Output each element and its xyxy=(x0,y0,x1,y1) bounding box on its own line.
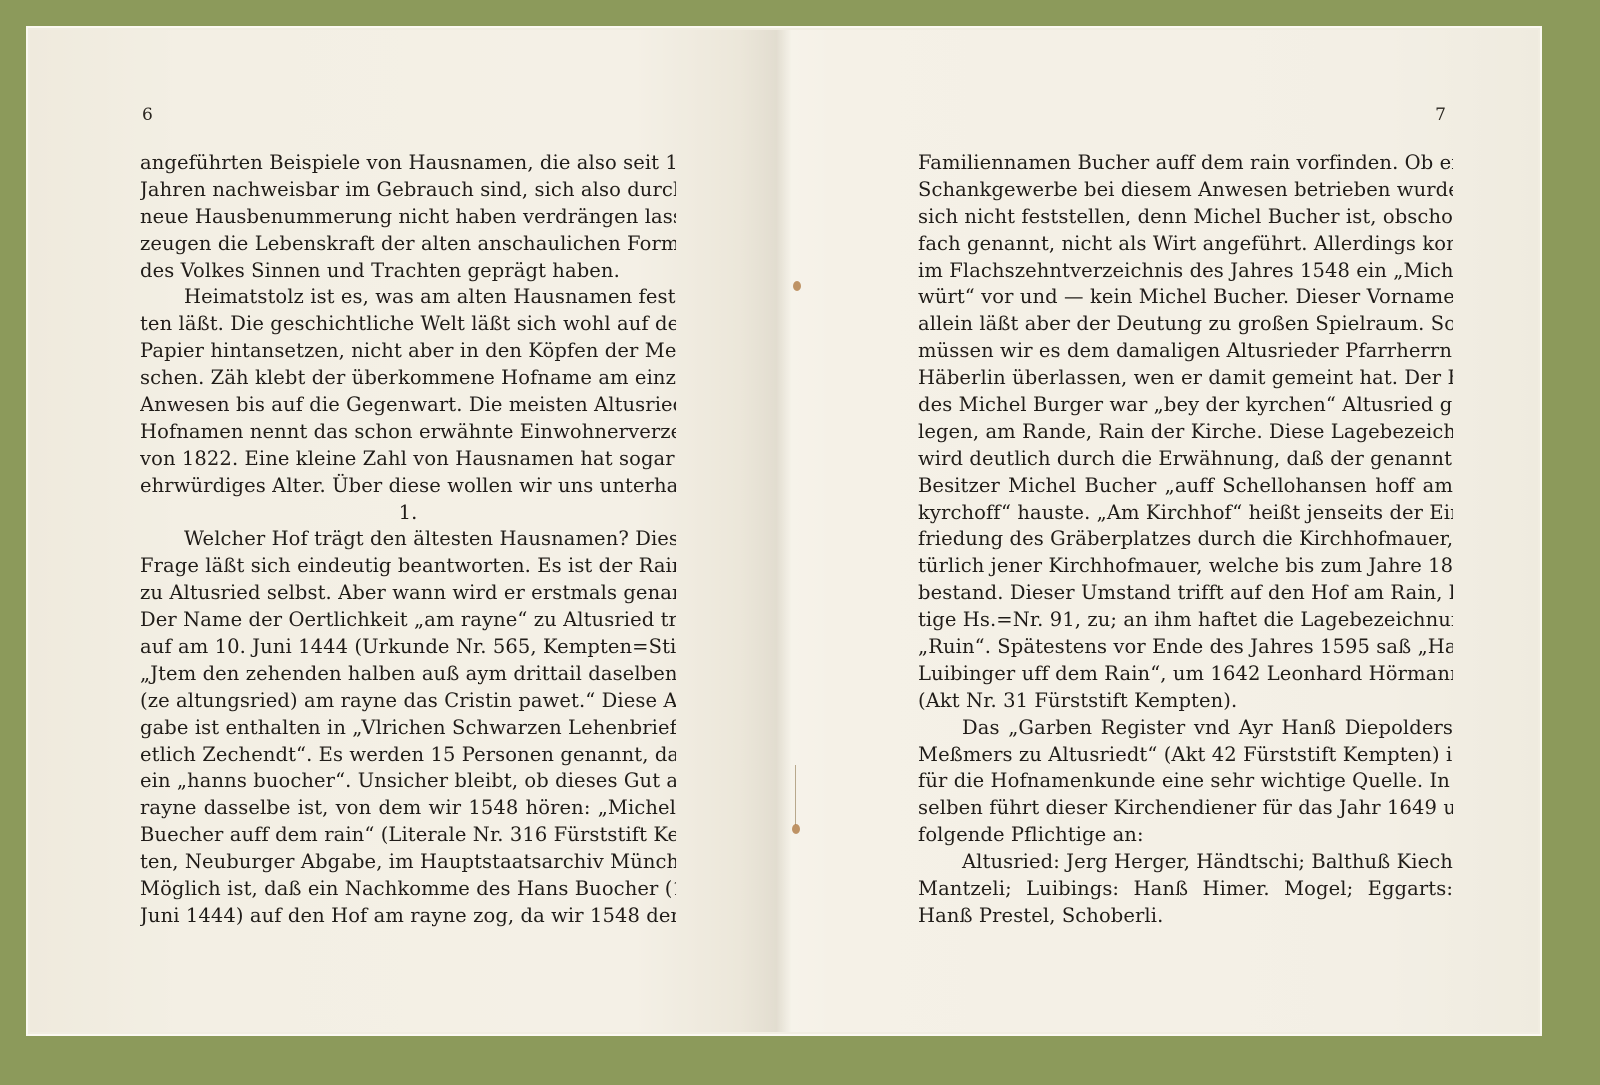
text-line: Das „Garben Register vnd Ayr Hanß Diepol… xyxy=(918,715,1453,742)
text-line: „Ruin“. Spätestens vor Ende des Jahres 1… xyxy=(918,634,1453,661)
text-line: Buecher auff dem rain“ (Literale Nr. 316… xyxy=(140,822,676,849)
text-line: türlich jener Kirchhofmauer, welche bis … xyxy=(918,553,1453,580)
text-line: bestand. Dieser Umstand trifft auf den H… xyxy=(918,580,1453,607)
text-line: des Volkes Sinnen und Trachten geprägt h… xyxy=(140,258,676,285)
text-line: tige Hs.=Nr. 91, zu; an ihm haftet die L… xyxy=(918,607,1453,634)
text-line: auf am 10. Juni 1444 (Urkunde Nr. 565, K… xyxy=(140,634,676,661)
right-page: 7 Familiennamen Bucher auff dem rain vor… xyxy=(790,30,1542,1032)
text-line: ten, Neuburger Abgabe, im Hauptstaatsarc… xyxy=(140,849,676,876)
text-line: für die Hofnamenkunde eine sehr wichtige… xyxy=(918,768,1453,795)
text-line: Meßmers zu Altusriedt“ (Akt 42 Fürststif… xyxy=(918,742,1453,769)
text-line: fach genannt, nicht als Wirt angeführt. … xyxy=(918,231,1453,258)
text-line: friedung des Gräberplatzes durch die Kir… xyxy=(918,526,1453,553)
text-line: kyrchoff“ hauste. „Am Kirchhof“ heißt je… xyxy=(918,500,1453,527)
left-page-body: angeführten Beispiele von Hausnamen, die… xyxy=(140,150,676,930)
text-line: zeugen die Lebenskraft der alten anschau… xyxy=(140,231,676,258)
text-line: wird deutlich durch die Erwähnung, daß d… xyxy=(918,446,1453,473)
text-line: von 1822. Eine kleine Zahl von Hausnamen… xyxy=(140,446,676,473)
text-line: Hanß Prestel, Schoberli. xyxy=(918,903,1453,930)
text-line: im Flachszehntverzeichnis des Jahres 154… xyxy=(918,258,1453,285)
text-line: Familiennamen Bucher auff dem rain vorfi… xyxy=(918,150,1453,177)
text-line: Mantzeli; Luibings: Hanß Himer. Mogel; E… xyxy=(918,876,1453,903)
text-line: „Jtem den zehenden halben auß aym dritta… xyxy=(140,661,676,688)
text-line: Der Name der Oertlichkeit „am rayne“ zu … xyxy=(140,607,676,634)
text-line: Frage läßt sich eindeutig beantworten. E… xyxy=(140,553,676,580)
text-line: ten läßt. Die geschichtliche Welt läßt s… xyxy=(140,311,676,338)
text-line: Juni 1444) auf den Hof am rayne zog, da … xyxy=(140,903,676,930)
text-line: Besitzer Michel Bucher „auff Schellohans… xyxy=(918,473,1453,500)
text-line: Welcher Hof trägt den ältesten Hausnamen… xyxy=(140,526,676,553)
text-line: Heimatstolz ist es, was am alten Hausnam… xyxy=(140,284,676,311)
text-line: angeführten Beispiele von Hausnamen, die… xyxy=(140,150,676,177)
text-line: ein „hanns buocher“. Unsicher bleibt, ob… xyxy=(140,768,676,795)
text-line: Jahren nachweisbar im Gebrauch sind, sic… xyxy=(140,177,676,204)
text-line: sich nicht feststellen, denn Michel Buch… xyxy=(918,204,1453,231)
photo-frame: 6 angeführten Beispiele von Hausnamen, d… xyxy=(26,26,1542,1036)
text-line: Papier hintansetzen, nicht aber in den K… xyxy=(140,338,676,365)
text-line: Häberlin überlassen, wen er damit gemein… xyxy=(918,365,1453,392)
right-page-body: Familiennamen Bucher auff dem rain vorfi… xyxy=(918,150,1453,930)
text-line: schen. Zäh klebt der überkommene Hofname… xyxy=(140,365,676,392)
page-number-left: 6 xyxy=(142,105,153,125)
text-line: legen, am Rande, Rain der Kirche. Diese … xyxy=(918,419,1453,446)
text-line: zu Altusried selbst. Aber wann wird er e… xyxy=(140,580,676,607)
text-line: (ze altungsried) am rayne das Cristin pa… xyxy=(140,688,676,715)
text-line: Anwesen bis auf die Gegenwart. Die meist… xyxy=(140,392,676,419)
text-line: (Akt Nr. 31 Fürststift Kempten). xyxy=(918,688,1453,715)
text-line: etlich Zechendt“. Es werden 15 Personen … xyxy=(140,742,676,769)
text-line: gabe ist enthalten in „Vlrichen Schwarze… xyxy=(140,715,676,742)
text-line: allein läßt aber der Deutung zu großen S… xyxy=(918,311,1453,338)
page-number-right: 7 xyxy=(1435,105,1446,125)
left-page: 6 angeführten Beispiele von Hausnamen, d… xyxy=(30,30,790,1032)
text-line: Möglich ist, daß ein Nachkomme des Hans … xyxy=(140,876,676,903)
text-line: selben führt dieser Kirchendiener für da… xyxy=(918,795,1453,822)
text-line: des Michel Burger war „bey der kyrchen“ … xyxy=(918,392,1453,419)
text-line: rayne dasselbe ist, von dem wir 1548 hör… xyxy=(140,795,676,822)
text-line: Hofnamen nennt das schon erwähnte Einwoh… xyxy=(140,419,676,446)
text-line: Luibinger uff dem Rain“, um 1642 Leonhar… xyxy=(918,661,1453,688)
text-line: folgende Pflichtige an: xyxy=(918,822,1453,849)
text-line: würt“ vor und — kein Michel Bucher. Dies… xyxy=(918,284,1453,311)
text-line: neue Hausbenummerung nicht haben verdrän… xyxy=(140,204,676,231)
text-line: müssen wir es dem damaligen Altusrieder … xyxy=(918,338,1453,365)
section-heading: 1. xyxy=(140,500,676,527)
book-spread: 6 angeführten Beispiele von Hausnamen, d… xyxy=(30,30,1538,1032)
text-line: Altusried: Jerg Herger, Händtschi; Balth… xyxy=(918,849,1453,876)
text-line: Schankgewerbe bei diesem Anwesen betrieb… xyxy=(918,177,1453,204)
text-line: ehrwürdiges Alter. Über diese wollen wir… xyxy=(140,473,676,500)
